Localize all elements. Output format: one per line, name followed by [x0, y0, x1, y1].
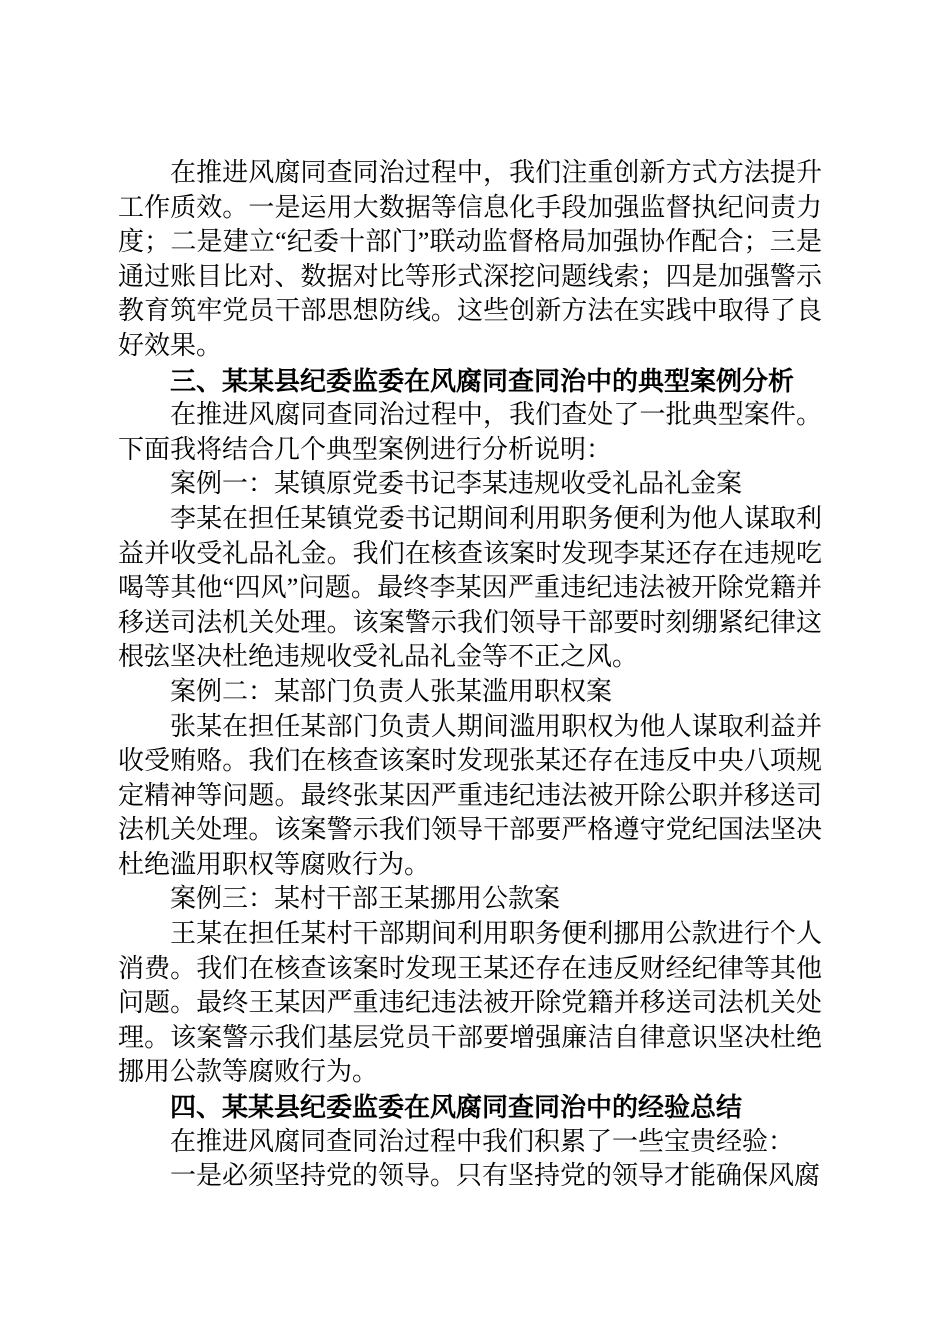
body-paragraph: 在推进风腐同查同治过程中，我们查处了一批典型案件。下面我将结合几个典型案例进行分…: [118, 398, 822, 467]
body-paragraph: 一是必须坚持党的领导。只有坚持党的领导才能确保风腐: [118, 1159, 822, 1194]
body-paragraph: 王某在担任某村干部期间利用职务便利挪用公款进行个人消费。我们在核查该案时发现王某…: [118, 917, 822, 1090]
section-heading: 四、某某县纪委监委在风腐同查同治中的经验总结: [118, 1090, 822, 1125]
body-paragraph: 李某在担任某镇党委书记期间利用职务便利为他人谋取利益并收受礼品礼金。我们在核查该…: [118, 502, 822, 675]
document-page: 在推进风腐同查同治过程中，我们注重创新方式方法提升工作质效。一是运用大数据等信息…: [0, 0, 950, 1344]
body-paragraph: 张某在担任某部门负责人期间滥用职权为他人谋取利益并收受贿赂。我们在核查该案时发现…: [118, 710, 822, 883]
body-paragraph: 案例三：某村干部王某挪用公款案: [118, 882, 822, 917]
body-paragraph: 案例一：某镇原党委书记李某违规收受礼品礼金案: [118, 467, 822, 502]
body-paragraph: 案例二：某部门负责人张某滥用职权案: [118, 675, 822, 710]
body-paragraph: 在推进风腐同查同治过程中我们积累了一些宝贵经验：: [118, 1125, 822, 1160]
section-heading: 三、某某县纪委监委在风腐同查同治中的典型案例分析: [118, 364, 822, 399]
document-content: 在推进风腐同查同治过程中，我们注重创新方式方法提升工作质效。一是运用大数据等信息…: [118, 156, 822, 1194]
body-paragraph: 在推进风腐同查同治过程中，我们注重创新方式方法提升工作质效。一是运用大数据等信息…: [118, 156, 822, 364]
